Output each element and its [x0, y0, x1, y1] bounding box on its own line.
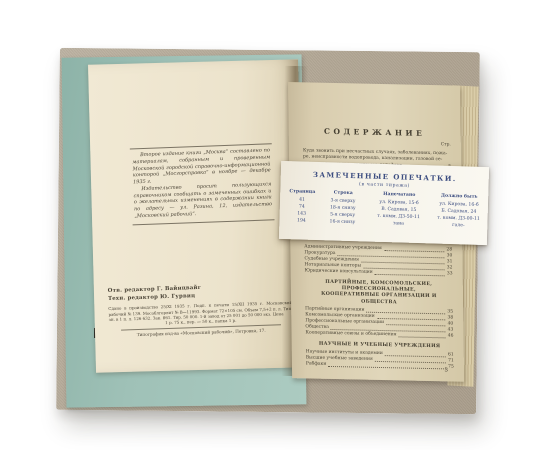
- errata-cell: гале-: [431, 222, 485, 230]
- left-page: Второе издание книги „Москва“ составлено…: [88, 59, 306, 372]
- errata-col-header: Строка: [320, 190, 366, 198]
- publisher-note: Второе издание книги „Москва“ составлено…: [130, 143, 275, 225]
- dot-leader: [399, 336, 446, 338]
- contents-list: Административные учреждения28 Прокуратур…: [304, 244, 454, 370]
- section-heading: ПАРТИЙНЫЕ, КОМСОМОЛЬСКИЕ, ПРОФЕССИОНАЛЬН…: [305, 278, 453, 306]
- errata-col-header: Страница: [284, 189, 320, 197]
- toc-label: Кооперативные союзы и объединения: [305, 330, 396, 338]
- errata-table: Страница Строка Напечатано Должно быть 4…: [283, 189, 486, 230]
- errata-cell: 143: [284, 211, 320, 218]
- book-photo: Второе издание книги „Москва“ составлено…: [0, 0, 550, 450]
- toc-page: 33: [447, 271, 453, 277]
- errata-slip: ЗАМЕЧЕННЫЕ ОПЕЧАТКИ. (в части тиража) Ст…: [279, 161, 489, 245]
- errata-cell: 16-я снизу: [319, 219, 365, 226]
- page-number: 3: [444, 367, 448, 373]
- errata-cell: 41: [284, 197, 320, 204]
- toc-page: 75: [448, 365, 454, 371]
- dot-leader: [375, 274, 445, 276]
- note-paragraph: Второе издание книги „Москва“ составлено…: [132, 147, 271, 186]
- errata-cell: тана: [365, 220, 431, 228]
- note-paragraph: Издательство просит пользующихся справоч…: [133, 181, 272, 220]
- section-heading-line: КООПЕРАТИВНЫЕ ОРГАНИЗАЦИИ И ОБЩЕСТВА: [305, 291, 453, 307]
- toc-label: Юридические консультации: [305, 268, 373, 275]
- imprint-block: Отв. редактор Г. Вайнцвайг Техн. редакто…: [108, 281, 294, 340]
- dot-leader: [328, 366, 446, 369]
- errata-cell: 74: [284, 204, 320, 211]
- page-column-label: Стр.: [441, 142, 451, 147]
- toc-page: 46: [448, 333, 454, 339]
- section-heading-line: НАУЧНЫЕ И УЧЕБНЫЕ УЧРЕЖДЕНИЯ: [306, 340, 454, 349]
- errata-cell: 194: [283, 218, 319, 225]
- contents-title: СОДЕРЖАНИЕ: [289, 126, 461, 139]
- toc-label: Рабфаки: [306, 362, 327, 368]
- section-heading: НАУЧНЫЕ И УЧЕБНЫЕ УЧРЕЖДЕНИЯ: [306, 340, 454, 349]
